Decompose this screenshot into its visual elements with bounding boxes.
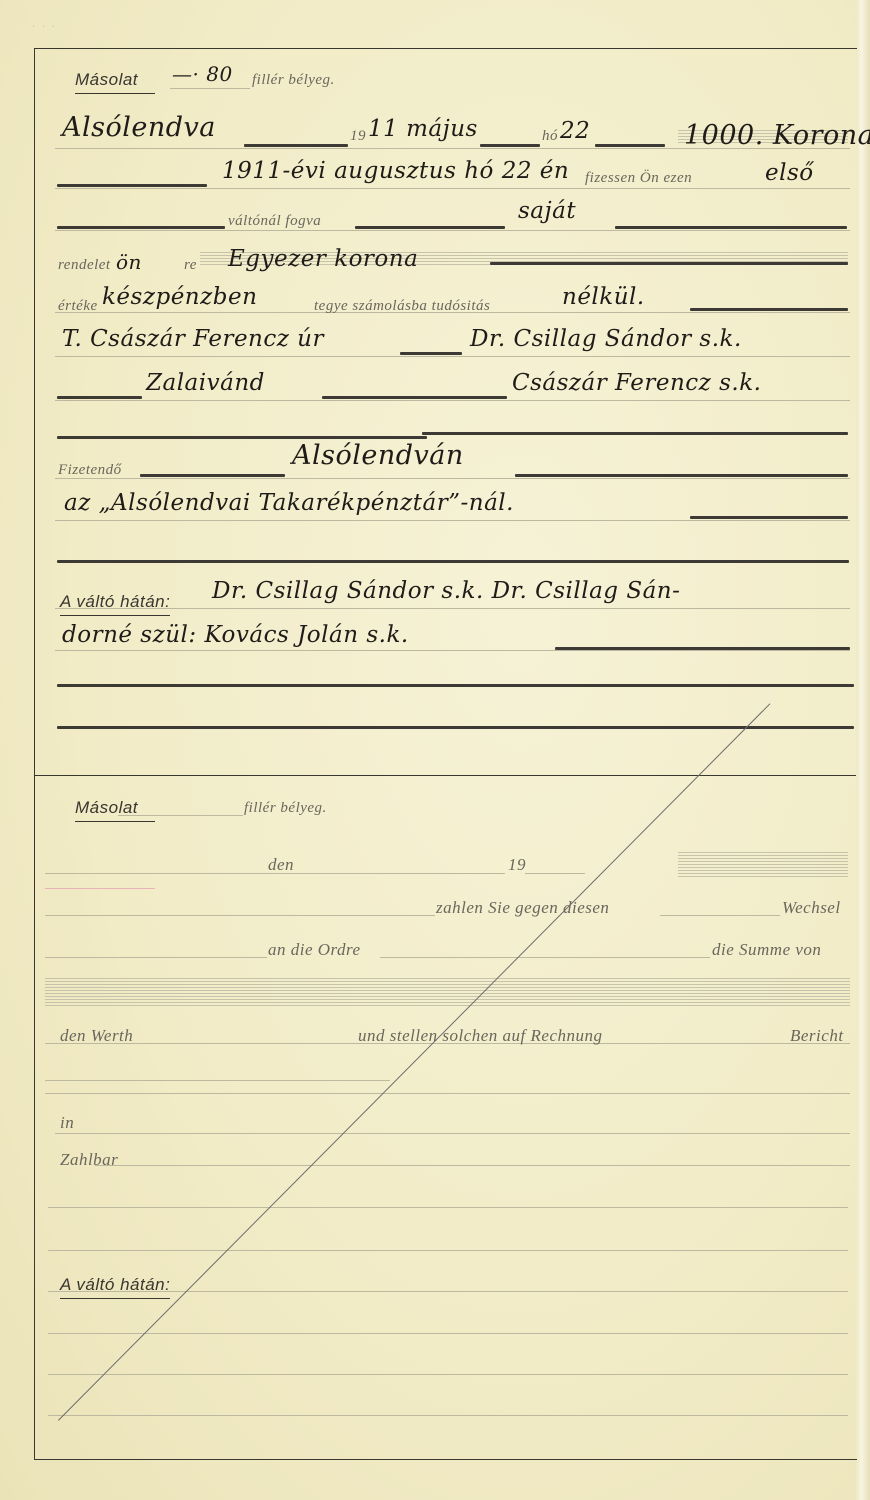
fill-line [555,647,850,650]
fill-line [515,474,848,477]
rule [48,1415,848,1416]
rule [55,188,850,189]
order-fill-handwritten: ön [116,250,142,274]
fill-line [57,226,225,229]
rule [380,957,710,958]
fill-line [57,560,849,563]
rule [45,915,435,916]
endorsement-line2-handwritten: dorné szül: Kovács Jolán s.k. [62,622,409,648]
stamp-line [170,88,250,89]
fill-line [244,144,348,147]
day-label: hó [542,128,558,145]
rule [55,400,850,401]
stellen-text: und stellen solchen auf Rechnung [358,1026,603,1046]
bericht-text: Bericht [790,1026,844,1046]
fill-line [480,144,540,147]
rule [48,1374,848,1375]
zahlbar-text: Zahlbar [60,1150,118,1170]
fill-line [322,396,507,399]
fill-line [400,352,462,355]
fill-line [690,308,848,311]
rule [45,957,267,958]
summe-text: die Summe von [712,940,821,960]
copy-label: Másolat [75,70,155,94]
rule [55,1133,850,1134]
den-werth-text: den Werth [60,1026,133,1046]
fill-line [57,726,854,729]
amount-box-bottom [678,852,848,878]
due-date-handwritten: 1911-évi augusztus hó 22 én [222,158,569,184]
fill-line [690,516,848,519]
stamp-text-bottom: fillér bélyeg. [244,800,327,817]
ruled-field-bottom [45,978,850,1006]
fill-line [140,474,285,477]
rule [525,873,585,874]
fill-line [490,262,848,265]
rule [55,608,850,609]
form-divider [34,775,856,776]
order-label: rendelet [58,257,111,274]
rule [45,1093,850,1094]
fill-line [57,684,854,687]
fill-line [615,226,847,229]
account-text: tegye számolásba tudósitás [314,298,490,315]
copy-label-bottom: Másolat [75,798,155,822]
stamp-value: —· 80 [172,62,233,86]
rule [48,1207,848,1208]
stamp-line [118,815,243,816]
rule [55,356,850,357]
rule [305,873,505,874]
notice-fill-handwritten: nélkül. [562,284,645,310]
rule [55,478,850,479]
in-text: in [60,1113,74,1133]
own-handwritten: saját [518,198,576,224]
which-bill-handwritten: első [765,160,814,186]
acceptor-signature-handwritten: Császár Ferencz s.k. [512,370,761,396]
year-prefix: 19 [350,128,366,145]
rule [45,1080,390,1081]
fill-line [57,436,427,439]
rule [55,650,850,651]
wechsel-text: Wechsel [782,898,841,918]
fill-line [355,226,505,229]
drawer-signature-handwritten: Dr. Csillag Sándor s.k. [470,326,742,352]
corner-mark: · · · [32,22,57,33]
rule [48,1250,848,1251]
payable-label: Fizetendő [58,462,122,479]
back-label-bottom: A váltó hátán: [60,1275,170,1299]
fill-line [57,396,142,399]
rule [48,1333,848,1334]
back-label: A váltó hátán: [60,592,170,616]
stamp-text: fillér bélyeg. [252,72,335,89]
fill-line [422,432,848,435]
rule [45,888,155,889]
amount-words-handwritten: Egyezer korona [228,246,418,272]
rule [660,915,780,916]
rule [95,1165,850,1166]
amount-handwritten: 1000. Korona [684,120,870,151]
zahlen-text: zahlen Sie gegen diesen [436,898,609,918]
place-handwritten: Alsólendva [62,112,216,143]
page-edge [856,0,870,1500]
fill-line [57,184,207,187]
an-die-ordre-text: an die Ordre [268,940,361,960]
rule [55,520,850,521]
order-suffix: re [184,257,197,274]
year-month-handwritten: 11 május [368,116,478,142]
drawee-place-handwritten: Zalaivánd [146,370,265,396]
rule [48,1291,848,1292]
value-label: értéke [58,298,98,315]
den-label: den [268,855,294,875]
year-prefix-bottom: 19 [508,855,526,875]
endorsement-line1-handwritten: Dr. Csillag Sándor s.k. Dr. Csillag Sán- [212,578,680,604]
rule [55,230,850,231]
bill-text: váltónál fogva [228,213,321,230]
payable-place-handwritten: Alsólendván [292,440,464,471]
drawee-handwritten: T. Császár Ferencz úr [62,326,324,352]
payable-at-handwritten: az „Alsólendvai Takarékpénztár”-nál. [64,490,514,516]
pay-text: fizessen Ön ezen [585,170,692,187]
value-fill-handwritten: készpénzben [102,284,257,310]
day-handwritten: 22 [560,118,590,144]
fill-line [595,144,665,147]
